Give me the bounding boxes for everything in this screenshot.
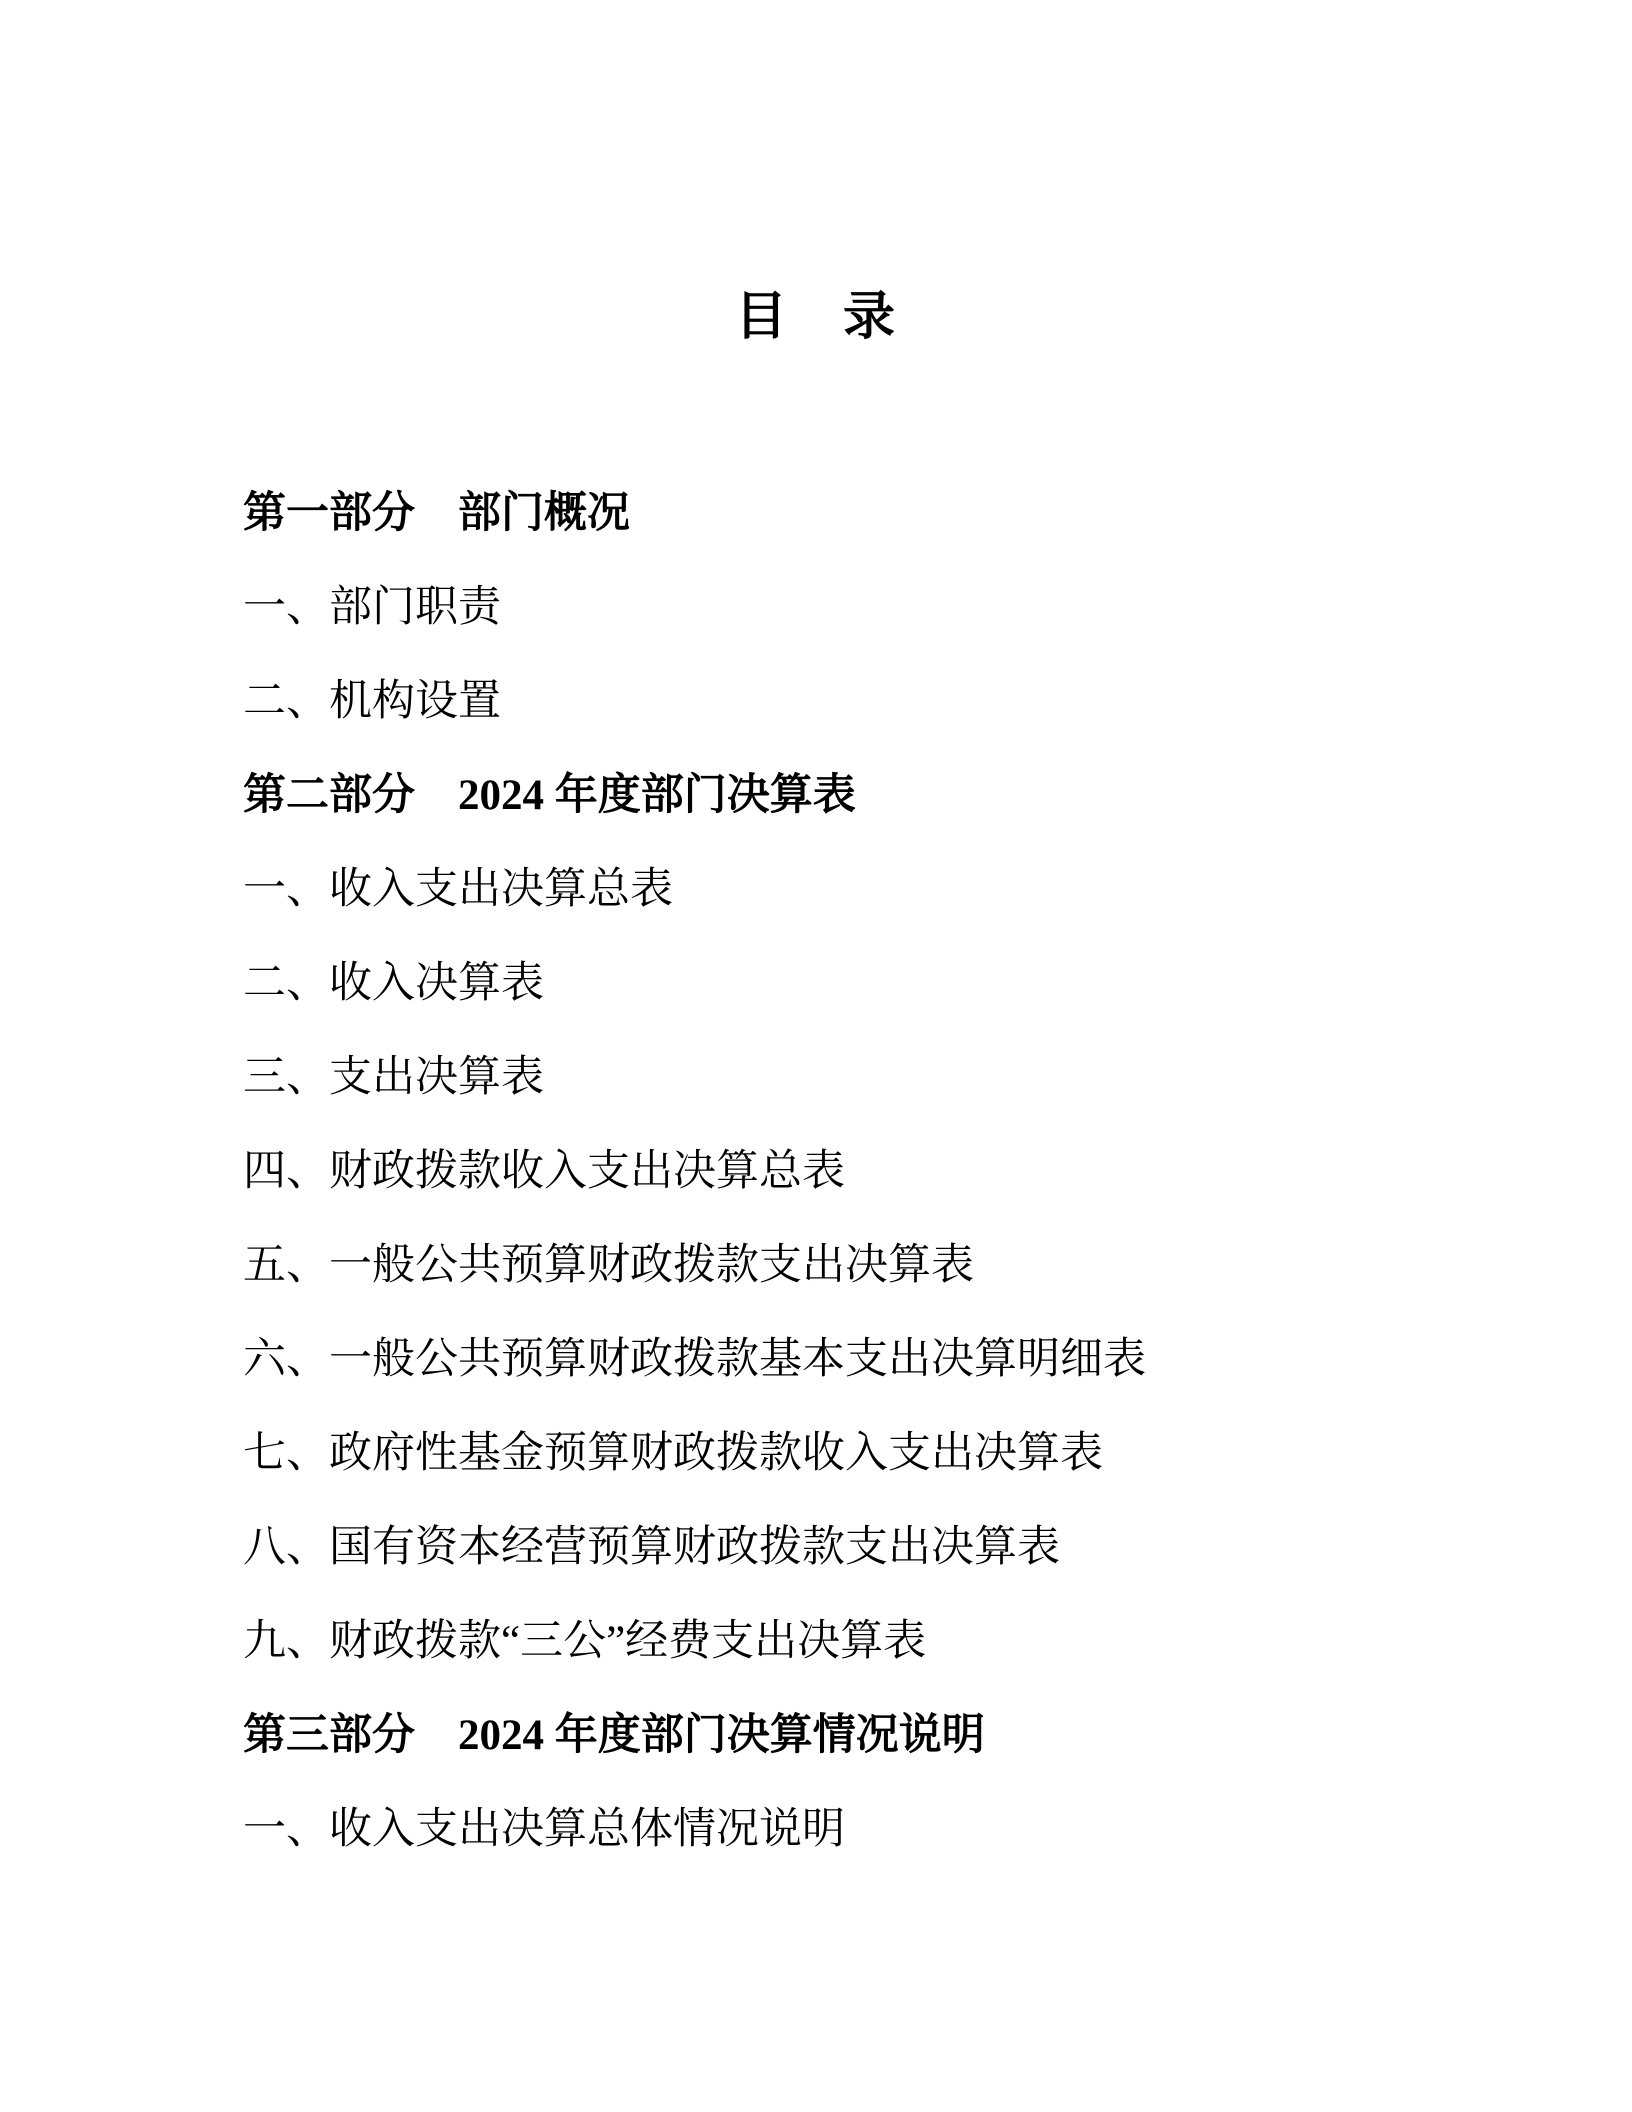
toc-section-heading-3: 第三部分 2024 年度部门决算情况说明 — [243, 1711, 1572, 1805]
table-of-contents: 第一部分 部门概况 一、部门职责 二、机构设置 第二部分 2024 年度部门决算… — [243, 489, 1572, 1899]
document-page: 目 录 第一部分 部门概况 一、部门职责 二、机构设置 第二部分 2024 年度… — [0, 0, 1632, 2112]
toc-section-heading-2: 第二部分 2024 年度部门决算表 — [243, 771, 1572, 865]
toc-entry-part2-8: 八、国有资本经营预算财政拨款支出决算表 — [243, 1523, 1572, 1617]
toc-entry-part2-3: 三、支出决算表 — [243, 1053, 1572, 1147]
toc-entry-part2-9: 九、财政拨款“三公”经费支出决算表 — [243, 1617, 1572, 1711]
toc-entry-part2-7: 七、政府性基金预算财政拨款收入支出决算表 — [243, 1429, 1572, 1523]
toc-entry-part1-2: 二、机构设置 — [243, 677, 1572, 771]
toc-entry-part3-1: 一、收入支出决算总体情况说明 — [243, 1805, 1572, 1899]
toc-entry-part2-4: 四、财政拨款收入支出决算总表 — [243, 1147, 1572, 1241]
toc-entry-part2-1: 一、收入支出决算总表 — [243, 865, 1572, 959]
toc-entry-part2-5: 五、一般公共预算财政拨款支出决算表 — [243, 1241, 1572, 1335]
toc-entry-part2-6: 六、一般公共预算财政拨款基本支出决算明细表 — [243, 1335, 1572, 1429]
page-title: 目 录 — [0, 288, 1632, 348]
toc-section-heading-1: 第一部分 部门概况 — [243, 489, 1572, 583]
toc-entry-part1-1: 一、部门职责 — [243, 583, 1572, 677]
toc-entry-part2-2: 二、收入决算表 — [243, 959, 1572, 1053]
